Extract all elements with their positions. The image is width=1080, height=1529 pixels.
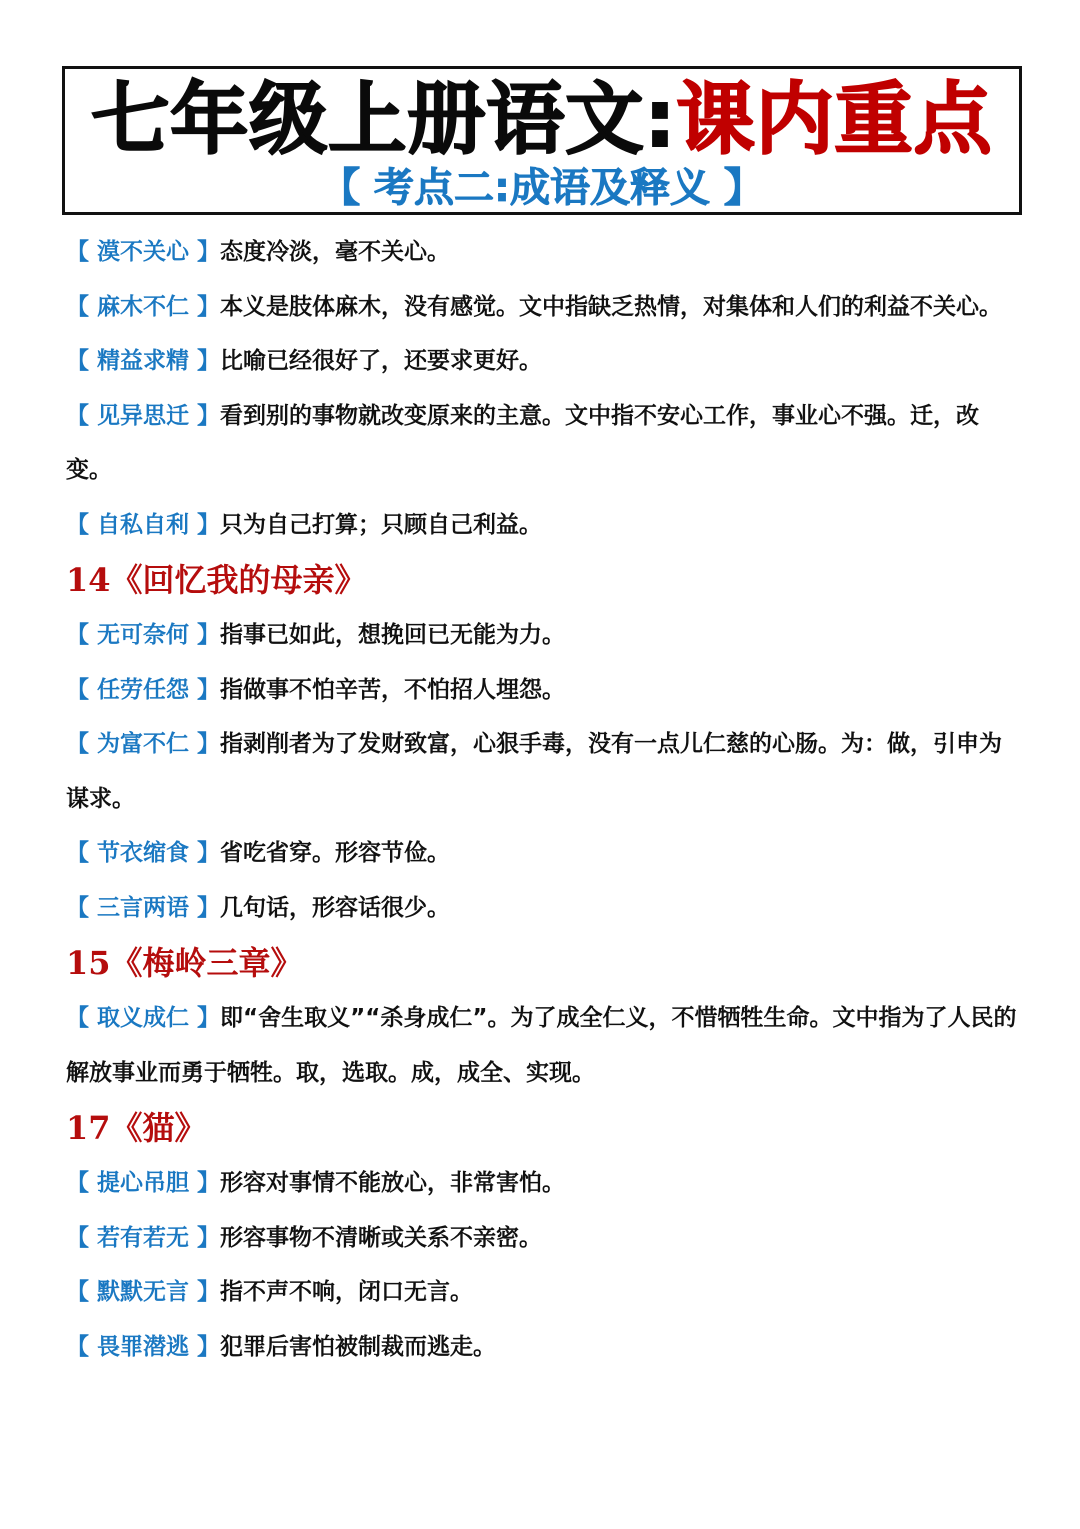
section-heading: 17《猫》 (66, 1100, 1021, 1156)
idiom-term: 【 若有若无 】 (66, 1225, 220, 1251)
idiom-entry: 【 麻木不仁 】本义是肢体麻木，没有感觉。文中指缺乏热情，对集体和人们的利益不关… (66, 280, 1021, 335)
idiom-entry: 【 见异思迁 】看到别的事物就改变原来的主意。文中指不安心工作，事业心不强。迁，… (66, 389, 1021, 498)
idiom-definition: 指做事不怕辛苦，不怕招人埋怨。 (220, 677, 565, 703)
idiom-entry: 【 任劳任怨 】指做事不怕辛苦，不怕招人埋怨。 (66, 663, 1021, 718)
idiom-definition: 比喻已经很好了，还要求更好。 (220, 348, 542, 374)
idiom-term: 【 节衣缩食 】 (66, 840, 220, 866)
idiom-term: 【 无可奈何 】 (66, 622, 220, 648)
idiom-entry: 【 畏罪潜逃 】犯罪后害怕被制裁而逃走。 (66, 1320, 1021, 1375)
idiom-term: 【 默默无言 】 (66, 1279, 220, 1305)
idiom-definition: 只为自己打算；只顾自己利益。 (220, 512, 542, 538)
section-lesson-14: 14《回忆我的母亲》 【 无可奈何 】指事已如此，想挽回已无能为力。 【 任劳任… (66, 552, 1021, 935)
idiom-entry: 【 提心吊胆 】形容对事情不能放心，非常害怕。 (66, 1156, 1021, 1211)
idiom-term: 【 麻木不仁 】 (66, 294, 220, 320)
idiom-definition: 形容事物不清晰或关系不亲密。 (220, 1225, 542, 1251)
idiom-entry: 【 无可奈何 】指事已如此，想挽回已无能为力。 (66, 608, 1021, 663)
idiom-term: 【 自私自利 】 (66, 512, 220, 538)
section-heading: 14《回忆我的母亲》 (66, 552, 1021, 608)
page-subtitle: 【 考点二:成语及释义 】 (65, 165, 1019, 211)
idiom-entry: 【 默默无言 】指不声不响，闭口无言。 (66, 1265, 1021, 1320)
idiom-entry: 【 三言两语 】几句话，形容话很少。 (66, 881, 1021, 936)
section-lesson-15: 15《梅岭三章》 【 取义成仁 】即“舍生取义”“杀身成仁”。为了成全仁义，不惜… (66, 935, 1021, 1100)
idiom-term: 【 三言两语 】 (66, 895, 220, 921)
section-continued: 【 漠不关心 】态度冷淡，毫不关心。 【 麻木不仁 】本义是肢体麻木，没有感觉。… (66, 225, 1021, 552)
title-box: 七年级上册语文:课内重点 【 考点二:成语及释义 】 (62, 66, 1022, 215)
idiom-entry: 【 精益求精 】比喻已经很好了，还要求更好。 (66, 334, 1021, 389)
idiom-entry: 【 若有若无 】形容事物不清晰或关系不亲密。 (66, 1211, 1021, 1266)
idiom-term: 【 取义成仁 】 (66, 1005, 220, 1031)
idiom-term: 【 畏罪潜逃 】 (66, 1334, 220, 1360)
page-title: 七年级上册语文:课内重点 (65, 75, 1019, 165)
idiom-definition: 几句话，形容话很少。 (220, 895, 450, 921)
section-heading: 15《梅岭三章》 (66, 935, 1021, 991)
idiom-entry: 【 自私自利 】只为自己打算；只顾自己利益。 (66, 498, 1021, 553)
idiom-list: 【 漠不关心 】态度冷淡，毫不关心。 【 麻木不仁 】本义是肢体麻木，没有感觉。… (66, 225, 1021, 1374)
idiom-entry: 【 漠不关心 】态度冷淡，毫不关心。 (66, 225, 1021, 280)
idiom-definition: 省吃省穿。形容节俭。 (220, 840, 450, 866)
idiom-term: 【 提心吊胆 】 (66, 1170, 220, 1196)
page-title-black: 七年级上册语文: (91, 75, 676, 165)
idiom-definition: 指事已如此，想挽回已无能为力。 (220, 622, 565, 648)
idiom-term: 【 为富不仁 】 (66, 731, 220, 757)
idiom-term: 【 漠不关心 】 (66, 239, 220, 265)
section-lesson-17: 17《猫》 【 提心吊胆 】形容对事情不能放心，非常害怕。 【 若有若无 】形容… (66, 1100, 1021, 1374)
idiom-definition: 态度冷淡，毫不关心。 (220, 239, 450, 265)
idiom-entry: 【 为富不仁 】指剥削者为了发财致富，心狠手毒，没有一点儿仁慈的心肠。为：做，引… (66, 717, 1021, 826)
idiom-term: 【 见异思迁 】 (66, 403, 220, 429)
idiom-term: 【 任劳任怨 】 (66, 677, 220, 703)
idiom-definition: 形容对事情不能放心，非常害怕。 (220, 1170, 565, 1196)
idiom-definition: 犯罪后害怕被制裁而逃走。 (220, 1334, 496, 1360)
idiom-entry: 【 节衣缩食 】省吃省穿。形容节俭。 (66, 826, 1021, 881)
idiom-term: 【 精益求精 】 (66, 348, 220, 374)
idiom-entry: 【 取义成仁 】即“舍生取义”“杀身成仁”。为了成全仁义，不惜牺牲生命。文中指为… (66, 991, 1021, 1100)
idiom-definition: 本义是肢体麻木，没有感觉。文中指缺乏热情，对集体和人们的利益不关心。 (220, 294, 1002, 320)
idiom-definition: 指不声不响，闭口无言。 (220, 1279, 473, 1305)
page-title-red: 课内重点 (677, 75, 993, 165)
